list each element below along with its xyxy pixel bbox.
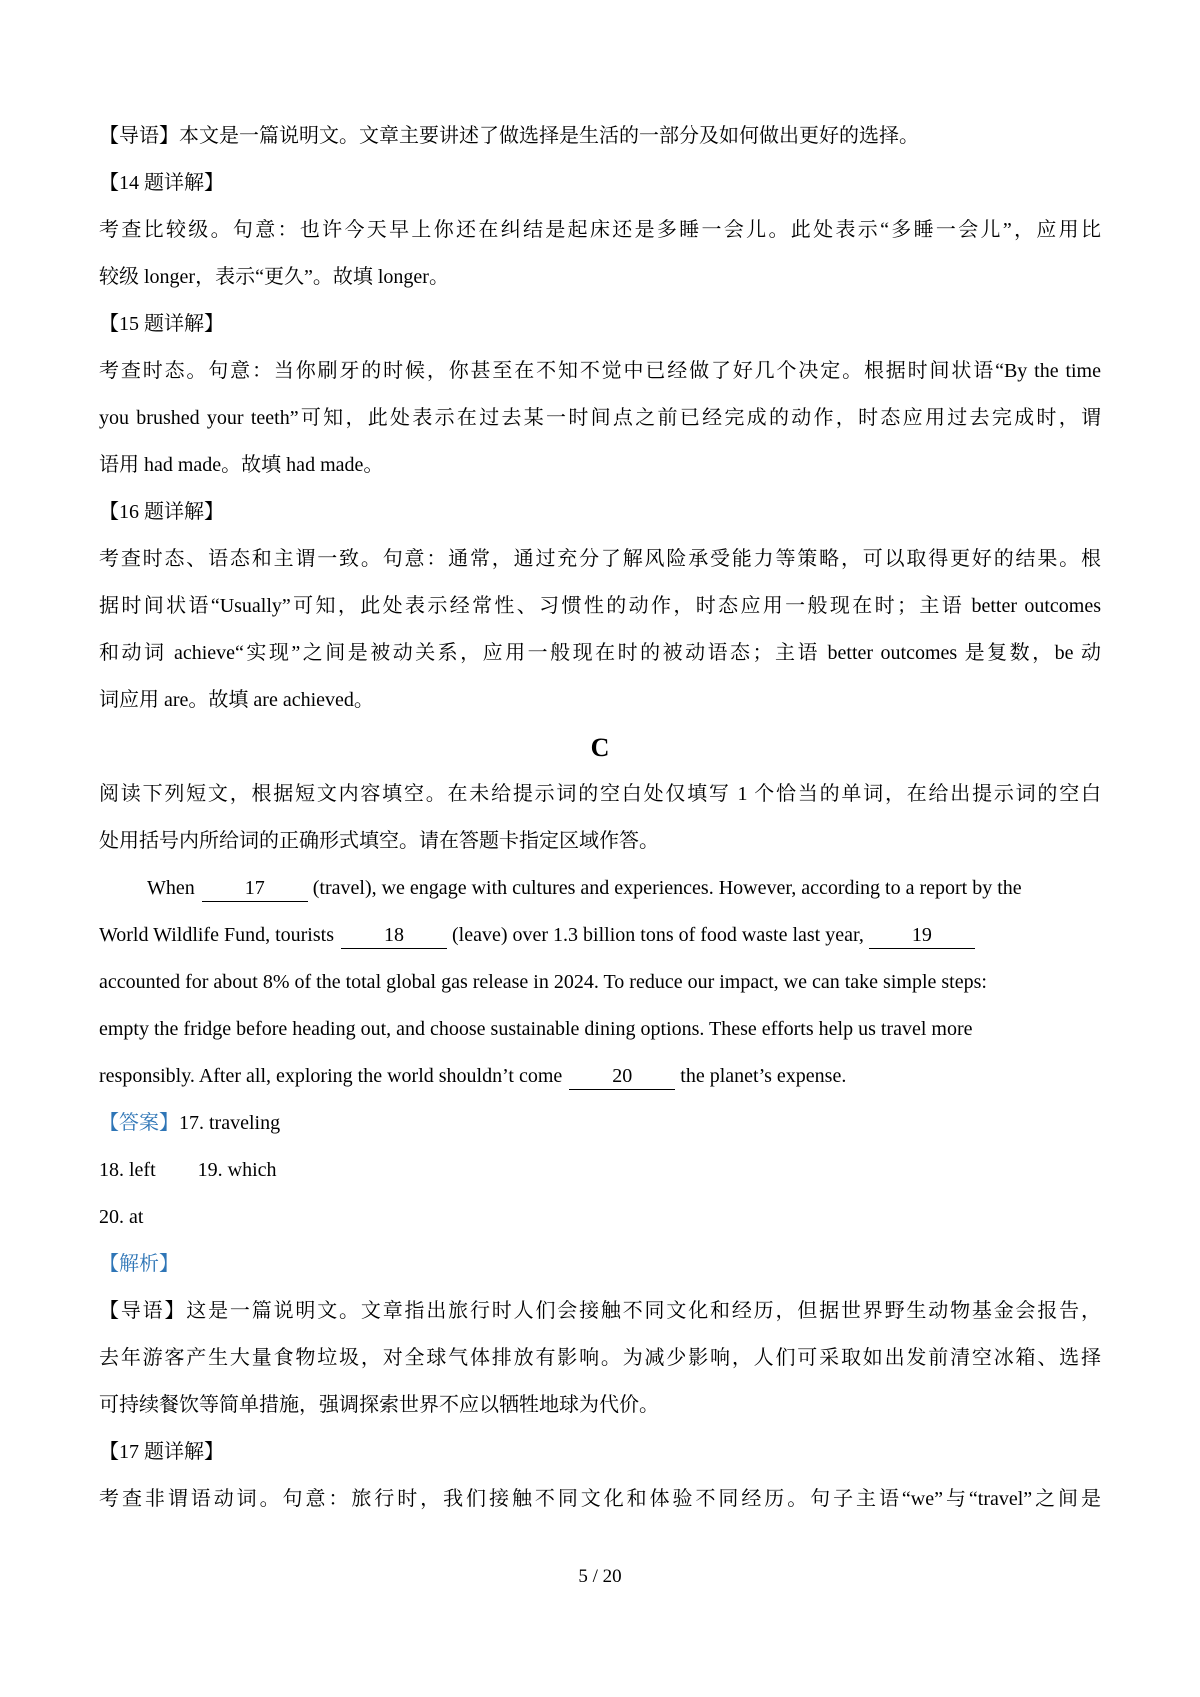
answer-17: 17. traveling <box>179 1112 280 1134</box>
answer-line-3: 20. at <box>99 1194 1101 1241</box>
analysis-intro-line-2: 去年游客产生大量食物垃圾，对全球气体排放有影响。为减少影响，人们可采取如出发前清… <box>99 1335 1101 1382</box>
q15-body-line-1: 考查时态。句意：当你刷牙的时候，你甚至在不知不觉中已经做了好几个决定。根据时间状… <box>99 348 1101 395</box>
q16-body-line-3: 和动词 achieve“实现”之间是被动关系，应用一般现在时的被动语态；主语 b… <box>99 630 1101 677</box>
blank-19: 19 <box>869 922 975 949</box>
passage-line-1: When17(travel), we engage with cultures … <box>99 865 1101 912</box>
q14-body-line-1: 考查比较级。句意：也许今天早上你还在纠结是起床还是多睡一会儿。此处表示“多睡一会… <box>99 207 1101 254</box>
answer-20: 20. at <box>99 1206 143 1228</box>
q17-title: 【17 题详解】 <box>99 1429 1101 1476</box>
q16-body-line-2: 据时间状语“Usually”可知，此处表示经常性、习惯性的动作，时态应用一般现在… <box>99 583 1101 630</box>
page-number: 5 / 20 <box>0 1566 1200 1588</box>
q15-title: 【15 题详解】 <box>99 301 1101 348</box>
q14-title: 【14 题详解】 <box>99 160 1101 207</box>
answer-18: 18. left <box>99 1159 156 1181</box>
q16-body-line-1: 考查时态、语态和主谓一致。句意：通常，通过充分了解风险承受能力等策略，可以取得更… <box>99 536 1101 583</box>
part-b-intro-line: 【导语】本文是一篇说明文。文章主要讲述了做选择是生活的一部分及如何做出更好的选择… <box>99 113 1101 160</box>
passage-line-3: accounted for about 8% of the total glob… <box>99 959 1101 1006</box>
answer-label: 【答案】 <box>99 1112 179 1134</box>
document-page: 【导语】本文是一篇说明文。文章主要讲述了做选择是生活的一部分及如何做出更好的选择… <box>0 0 1200 1697</box>
passage-line-5: responsibly. After all, exploring the wo… <box>99 1053 1101 1100</box>
answer-line-1: 【答案】17. traveling <box>99 1100 1101 1147</box>
section-c-heading: C <box>99 724 1101 771</box>
blank-17: 17 <box>202 875 308 902</box>
q16-body-line-4: 词应用 are。故填 are achieved。 <box>99 677 1101 724</box>
passage-line-2: World Wildlife Fund, tourists18(leave) o… <box>99 912 1101 959</box>
analysis-intro-line-1: 【导语】这是一篇说明文。文章指出旅行时人们会接触不同文化和经历，但据世界野生动物… <box>99 1288 1101 1335</box>
passage-line-1-text-pre: When <box>147 877 195 899</box>
passage-line-2-text-mid: (leave) over 1.3 billion tons of food wa… <box>452 924 864 946</box>
q14-body-line-2: 较级 longer，表示“更久”。故填 longer。 <box>99 254 1101 301</box>
passage-line-5-text-pre: responsibly. After all, exploring the wo… <box>99 1065 562 1087</box>
section-c-instructions-line-2: 处用括号内所给词的正确形式填空。请在答题卡指定区域作答。 <box>99 818 1101 865</box>
blank-18: 18 <box>341 922 447 949</box>
q16-title: 【16 题详解】 <box>99 489 1101 536</box>
passage-line-4: empty the fridge before heading out, and… <box>99 1006 1101 1053</box>
q15-body-line-2: you brushed your teeth”可知，此处表示在过去某一时间点之前… <box>99 395 1101 442</box>
q17-body-line-1: 考查非谓语动词。句意：旅行时，我们接触不同文化和体验不同经历。句子主语“we”与… <box>99 1476 1101 1523</box>
analysis-label-line: 【解析】 <box>99 1241 1101 1288</box>
analysis-label: 【解析】 <box>99 1253 179 1275</box>
analysis-intro-line-3: 可持续餐饮等简单措施，强调探索世界不应以牺牲地球为代价。 <box>99 1382 1101 1429</box>
blank-20: 20 <box>569 1063 675 1090</box>
passage-line-2-text-pre: World Wildlife Fund, tourists <box>99 924 334 946</box>
section-c-instructions-line-1: 阅读下列短文，根据短文内容填空。在未给提示词的空白处仅填写 1 个恰当的单词，在… <box>99 771 1101 818</box>
q15-body-line-3: 语用 had made。故填 had made。 <box>99 442 1101 489</box>
passage-line-5-text-post: the planet’s expense. <box>680 1065 846 1087</box>
passage-line-1-text-post: (travel), we engage with cultures and ex… <box>313 877 1022 899</box>
page-content: 【导语】本文是一篇说明文。文章主要讲述了做选择是生活的一部分及如何做出更好的选择… <box>99 113 1101 1523</box>
answer-line-2: 18. left19. which <box>99 1147 1101 1194</box>
answer-19: 19. which <box>198 1159 277 1181</box>
